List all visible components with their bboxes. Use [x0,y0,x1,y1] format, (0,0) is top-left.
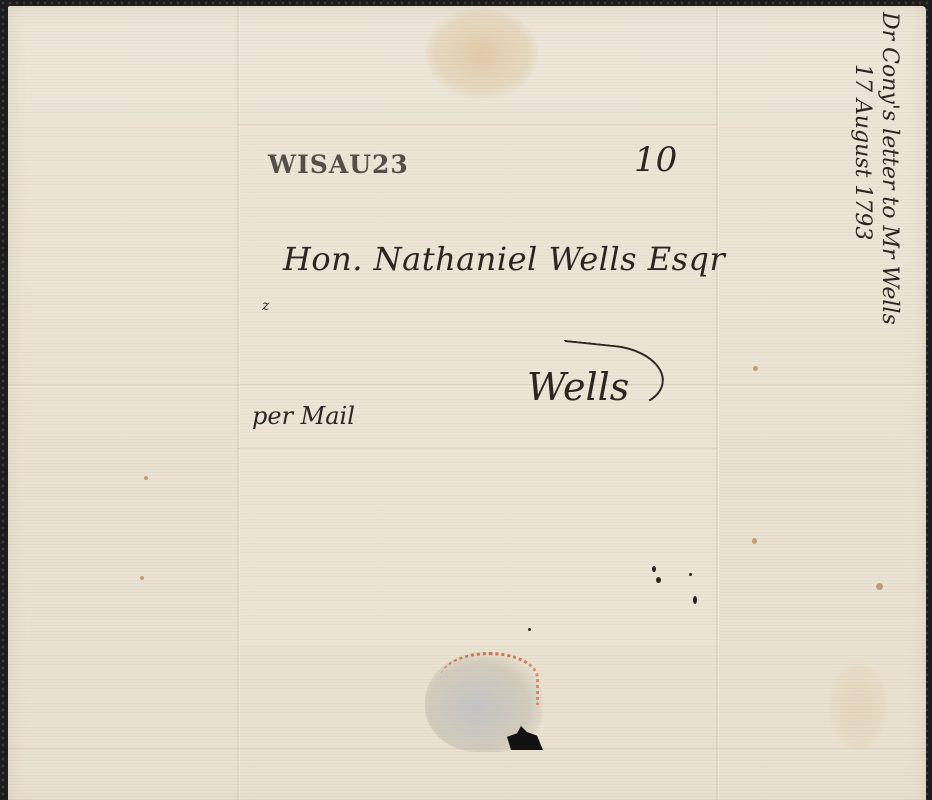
foxing-speck [753,366,758,371]
postage-rate: 10 [634,140,677,180]
foxing-speck [876,583,883,590]
fold-line-middle [8,384,926,387]
foxing-speck [752,538,757,544]
docket-date: 17 August 1793 [850,64,875,240]
foxing-speck [144,476,148,480]
ink-spot [528,628,531,631]
ink-spot [652,566,656,572]
conveyance-note: per Mail [252,402,355,430]
fold-line-lower [238,448,718,451]
postmark-stamp: WISAU23 [268,150,409,179]
fold-line-top [238,124,718,127]
addressee-name: Hon. Nathaniel Wells Esqr [283,240,725,278]
ink-spot [693,596,697,604]
ink-spot [689,573,692,576]
bottom-edge-stain [828,661,888,751]
ink-spot [656,577,661,583]
top-stain [426,8,538,98]
docket-title: Dr Cony's letter to Mr Wells [877,12,902,325]
foxing-speck [140,576,144,580]
margin-mark: z [262,298,269,314]
docket-note: Dr Cony's letter to Mr Wells 17 August 1… [838,12,908,342]
red-wax-trace [440,652,539,705]
